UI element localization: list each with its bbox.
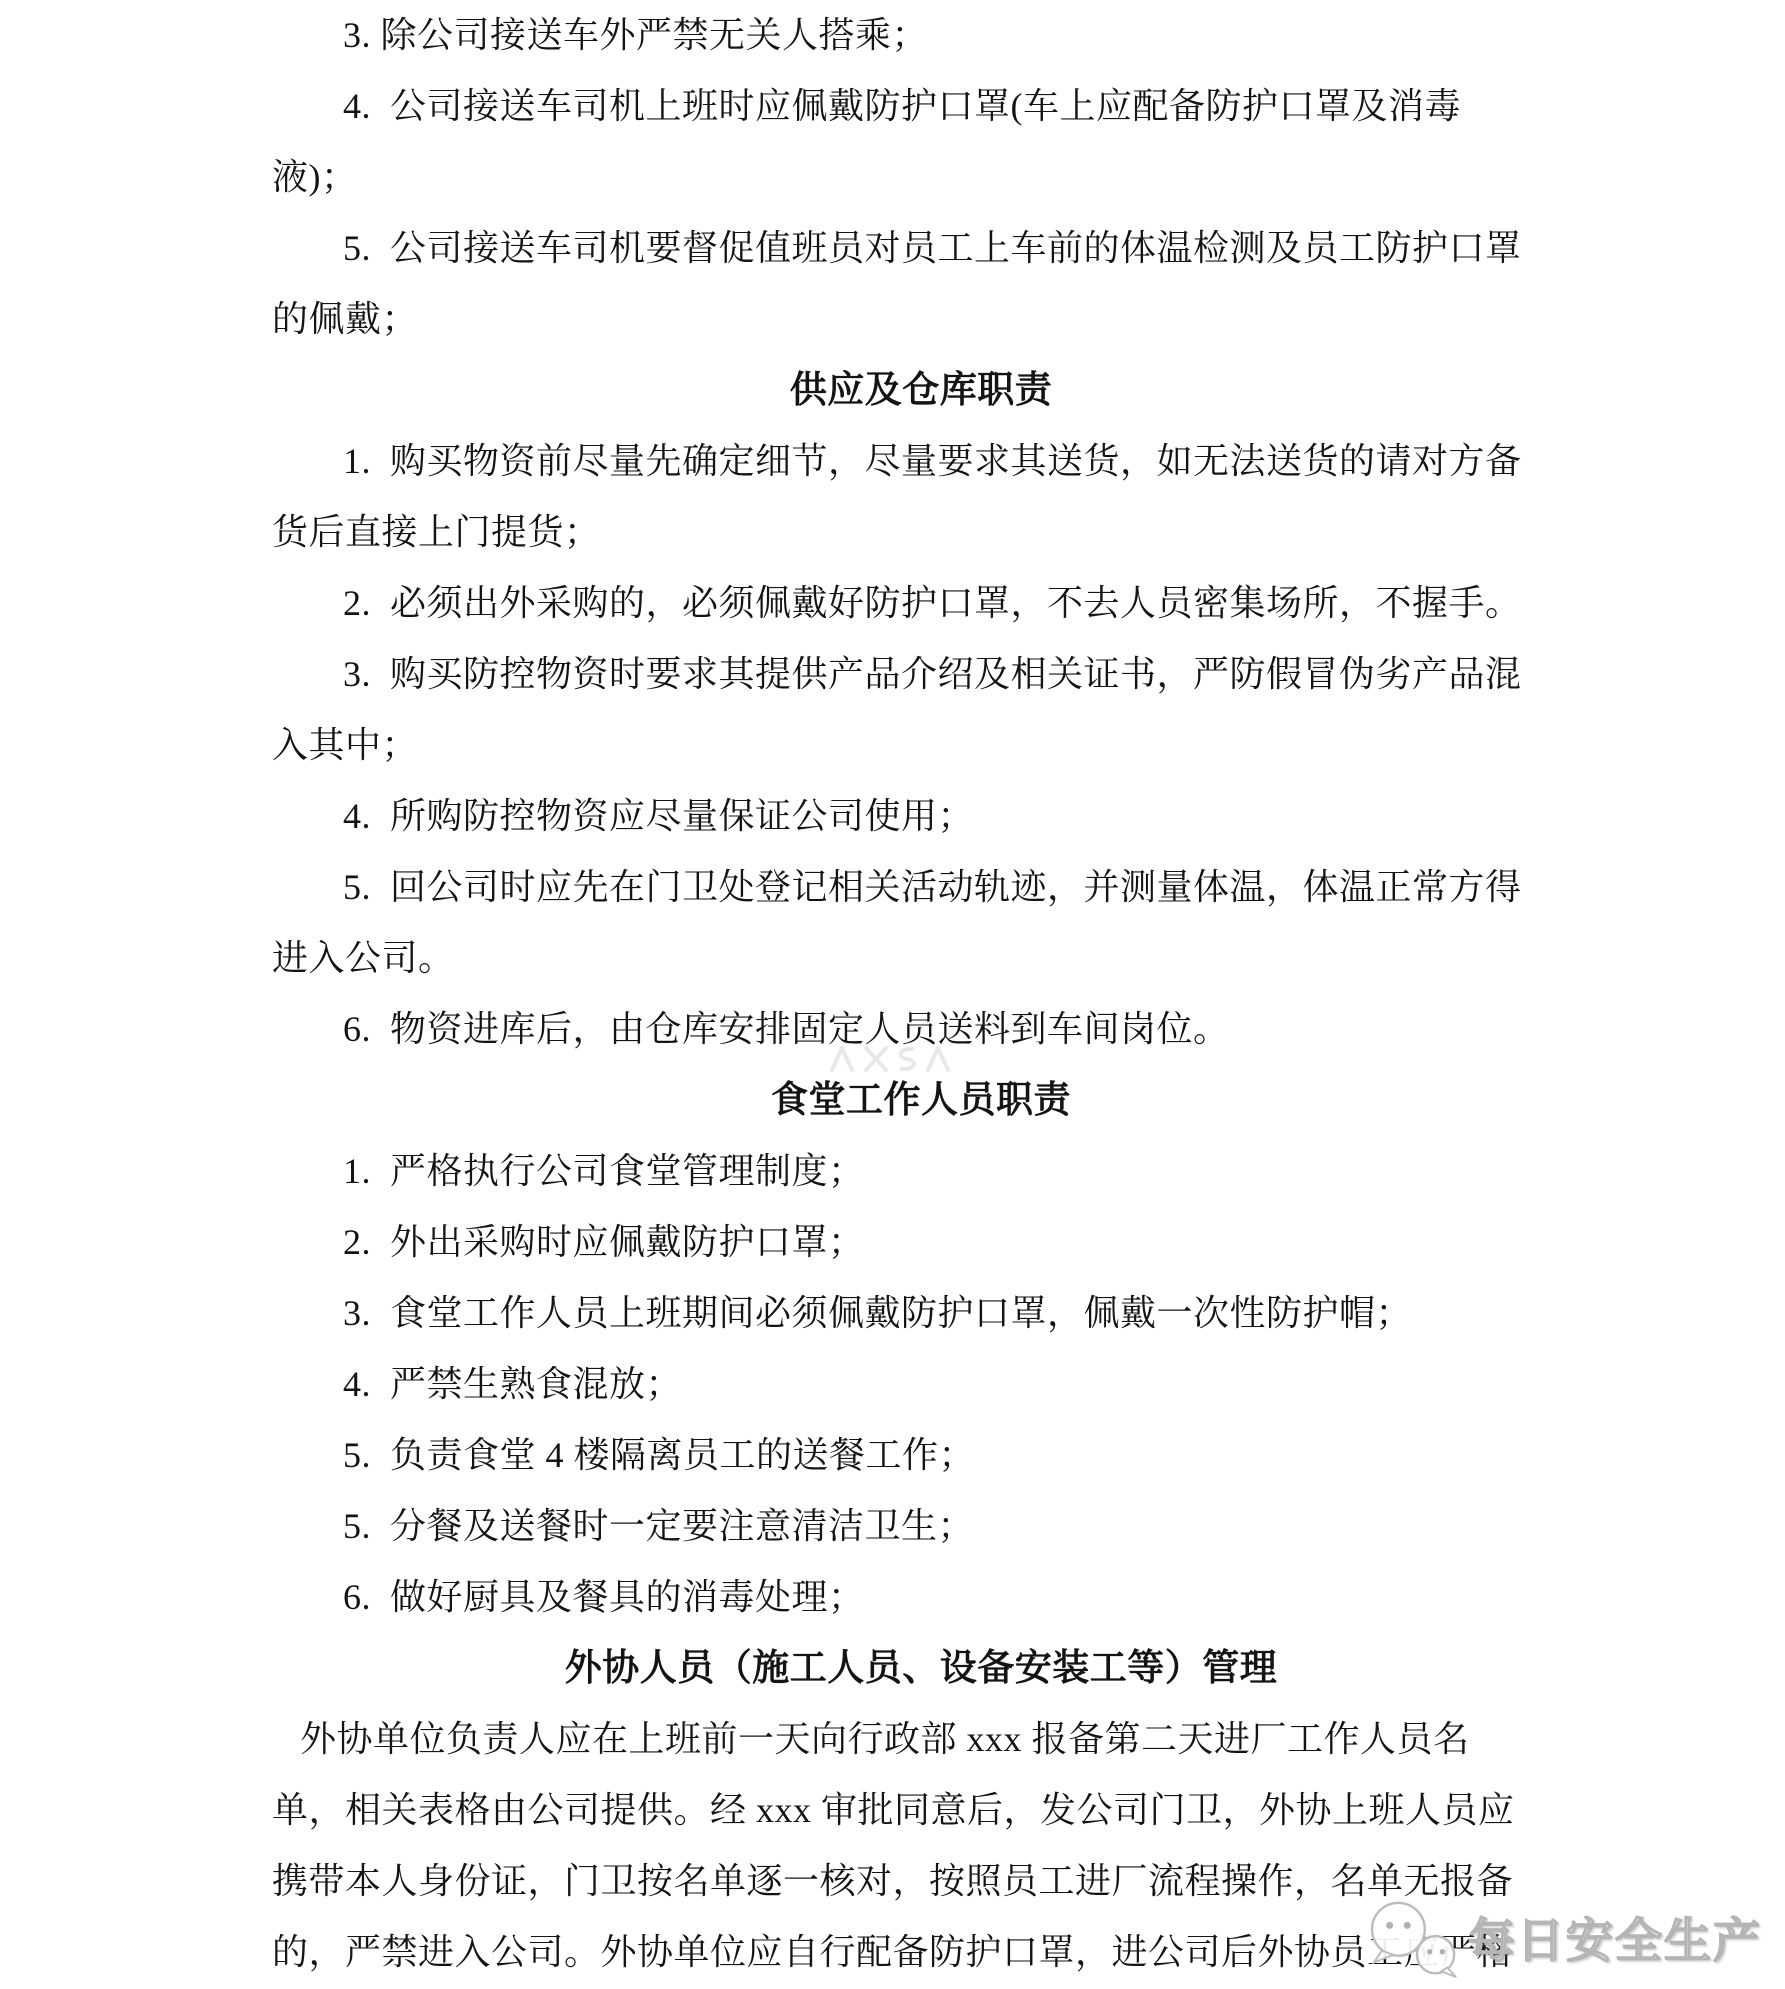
wechat-logo-icon: [1366, 1898, 1466, 1986]
list-item-line: 3. 食堂工作人员上班期间必须佩戴防护口罩，佩戴一次性防护帽；: [272, 1278, 1570, 1349]
section-heading-external-workers: 外协人员（施工人员、设备安装工等）管理: [272, 1633, 1570, 1704]
list-item: 4. 所购防控物资应尽量保证公司使用；: [272, 781, 1570, 852]
list-item: 1. 严格执行公司食堂管理制度；: [272, 1136, 1570, 1207]
list-item: 3. 食堂工作人员上班期间必须佩戴防护口罩，佩戴一次性防护帽；: [272, 1278, 1570, 1349]
list-item-line: 2. 必须出外采购的，必须佩戴好防护口罩，不去人员密集场所，不握手。: [272, 568, 1570, 639]
list-item: 3. 除公司接送车外严禁无关人搭乘；: [272, 0, 1570, 71]
heading-text: 食堂工作人员职责: [272, 1065, 1570, 1136]
list-item-line: 5. 分餐及送餐时一定要注意清洁卫生；: [272, 1491, 1570, 1562]
list-item-line: 的佩戴；: [272, 284, 1570, 355]
list-item-line: 5. 回公司时应先在门卫处登记相关活动轨迹，并测量体温，体温正常方得: [272, 852, 1570, 923]
list-item: 2. 必须出外采购的，必须佩戴好防护口罩，不去人员密集场所，不握手。: [272, 568, 1570, 639]
list-item-line: 4. 严禁生熟食混放；: [272, 1349, 1570, 1420]
list-item-line: 6. 做好厨具及餐具的消毒处理；: [272, 1562, 1570, 1633]
list-item-line: 3. 购买防控物资时要求其提供产品介绍及相关证书，严防假冒伪劣产品混: [272, 639, 1570, 710]
list-item: 5. 公司接送车司机要督促值班员对员工上车前的体温检测及员工防护口罩 的佩戴；: [272, 213, 1570, 355]
heading-text: 外协人员（施工人员、设备安装工等）管理: [272, 1633, 1570, 1704]
paragraph-line: 单，相关表格由公司提供。经 xxx 审批同意后，发公司门卫，外协上班人员应: [272, 1775, 1570, 1846]
paragraph-line: 外协单位负责人应在上班前一天向行政部 xxx 报备第二天进厂工作人员名: [272, 1704, 1570, 1775]
list-item-line: 液)；: [272, 142, 1570, 213]
watermark-account-name: 每日安全生产: [1468, 1898, 1762, 1986]
document-page: { "page": { "background": "#ffffff", "te…: [0, 0, 1785, 1989]
list-item: 1. 购买物资前尽量先确定细节，尽量要求其送货，如无法送货的请对方备 货后直接上…: [272, 426, 1570, 568]
list-item: 5. 分餐及送餐时一定要注意清洁卫生；: [272, 1491, 1570, 1562]
document-body: 3. 除公司接送车外严禁无关人搭乘； 4. 公司接送车司机上班时应佩戴防护口罩(…: [272, 0, 1570, 1988]
list-item-line: 5. 负责食堂 4 楼隔离员工的送餐工作；: [272, 1420, 1570, 1491]
faint-watermark-artifact: [828, 1046, 964, 1072]
list-item: 5. 负责食堂 4 楼隔离员工的送餐工作；: [272, 1420, 1570, 1491]
list-item-line: 4. 公司接送车司机上班时应佩戴防护口罩(车上应配备防护口罩及消毒: [272, 71, 1570, 142]
list-item-line: 5. 公司接送车司机要督促值班员对员工上车前的体温检测及员工防护口罩: [272, 213, 1570, 284]
section-heading-canteen-staff: 食堂工作人员职责: [272, 1065, 1570, 1136]
list-item: 5. 回公司时应先在门卫处登记相关活动轨迹，并测量体温，体温正常方得 进入公司。: [272, 852, 1570, 994]
list-item: 3. 购买防控物资时要求其提供产品介绍及相关证书，严防假冒伪劣产品混 入其中；: [272, 639, 1570, 781]
list-item-line: 货后直接上门提货；: [272, 497, 1570, 568]
list-item: 4. 严禁生熟食混放；: [272, 1349, 1570, 1420]
wechat-watermark: 每日安全生产: [1366, 1898, 1762, 1986]
list-item-line: 3. 除公司接送车外严禁无关人搭乘；: [272, 0, 1570, 71]
list-item-line: 1. 严格执行公司食堂管理制度；: [272, 1136, 1570, 1207]
list-item: 2. 外出采购时应佩戴防护口罩；: [272, 1207, 1570, 1278]
list-item: 6. 做好厨具及餐具的消毒处理；: [272, 1562, 1570, 1633]
heading-text: 供应及仓库职责: [272, 355, 1570, 426]
list-item: 4. 公司接送车司机上班时应佩戴防护口罩(车上应配备防护口罩及消毒 液)；: [272, 71, 1570, 213]
list-item-line: 进入公司。: [272, 923, 1570, 994]
list-item-line: 2. 外出采购时应佩戴防护口罩；: [272, 1207, 1570, 1278]
list-item-line: 1. 购买物资前尽量先确定细节，尽量要求其送货，如无法送货的请对方备: [272, 426, 1570, 497]
section-heading-supply-warehouse: 供应及仓库职责: [272, 355, 1570, 426]
list-item-line: 4. 所购防控物资应尽量保证公司使用；: [272, 781, 1570, 852]
list-item-line: 入其中；: [272, 710, 1570, 781]
